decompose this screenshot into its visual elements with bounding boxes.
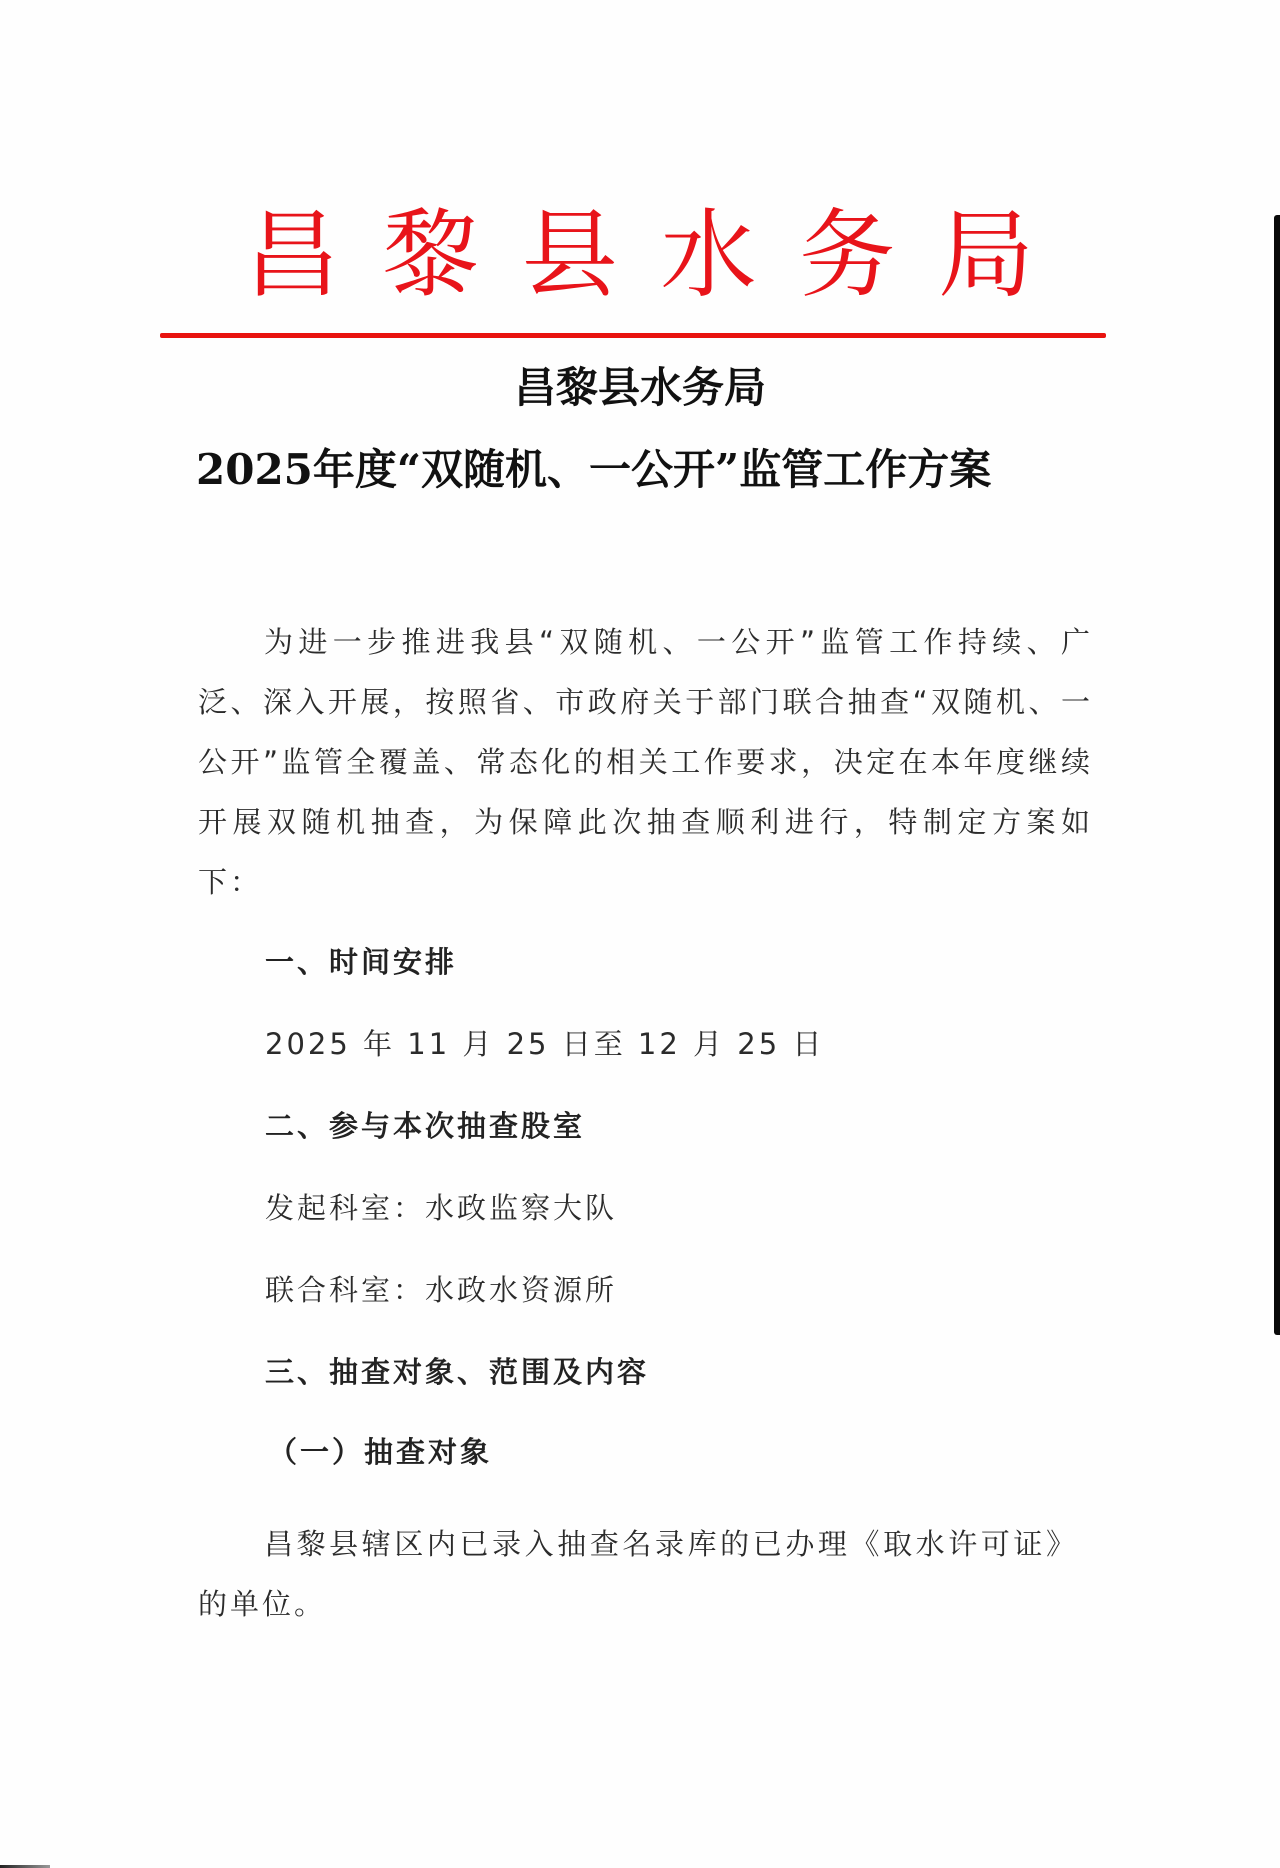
section-heading-scope: 三、抽查对象、范围及内容 [265,1350,649,1394]
targets-description: 昌黎县辖区内已录入抽查名录库的已办理《取水许可证》的单位。 [198,1514,1078,1634]
document-page: 昌 黎 县 水 务 局 昌黎县水务局 2025年度“双随机、一公开”监管工作方案… [0,0,1280,1868]
section-heading-schedule: 一、时间安排 [265,940,457,984]
letterhead-char: 黎 [383,200,479,310]
letterhead-char: 务 [799,200,895,310]
document-title-line-2: 2025年度“双随机、一公开”监管工作方案 [196,440,1096,500]
initiating-department: 发起科室：水政监察大队 [265,1186,617,1230]
letterhead-char: 昌 [244,200,340,310]
letterhead-divider [160,333,1106,338]
schedule-dates: 2025 年 11 月 25 日至 12 月 25 日 [265,1022,824,1066]
letterhead-masthead: 昌 黎 县 水 务 局 [160,200,1120,310]
letterhead-char: 局 [938,200,1034,310]
document-title-line-1: 昌黎县水务局 [0,360,1280,416]
letterhead-char: 水 [660,200,756,310]
letterhead-char: 县 [522,200,618,310]
section-heading-departments: 二、参与本次抽查股室 [265,1104,585,1148]
subsection-heading-targets: （一）抽查对象 [268,1430,492,1474]
intro-paragraph: 为进一步推进我县“双随机、一公开”监管工作持续、广泛、深入开展，按照省、市政府关… [198,612,1093,912]
joint-department: 联合科室：水政水资源所 [265,1268,617,1312]
